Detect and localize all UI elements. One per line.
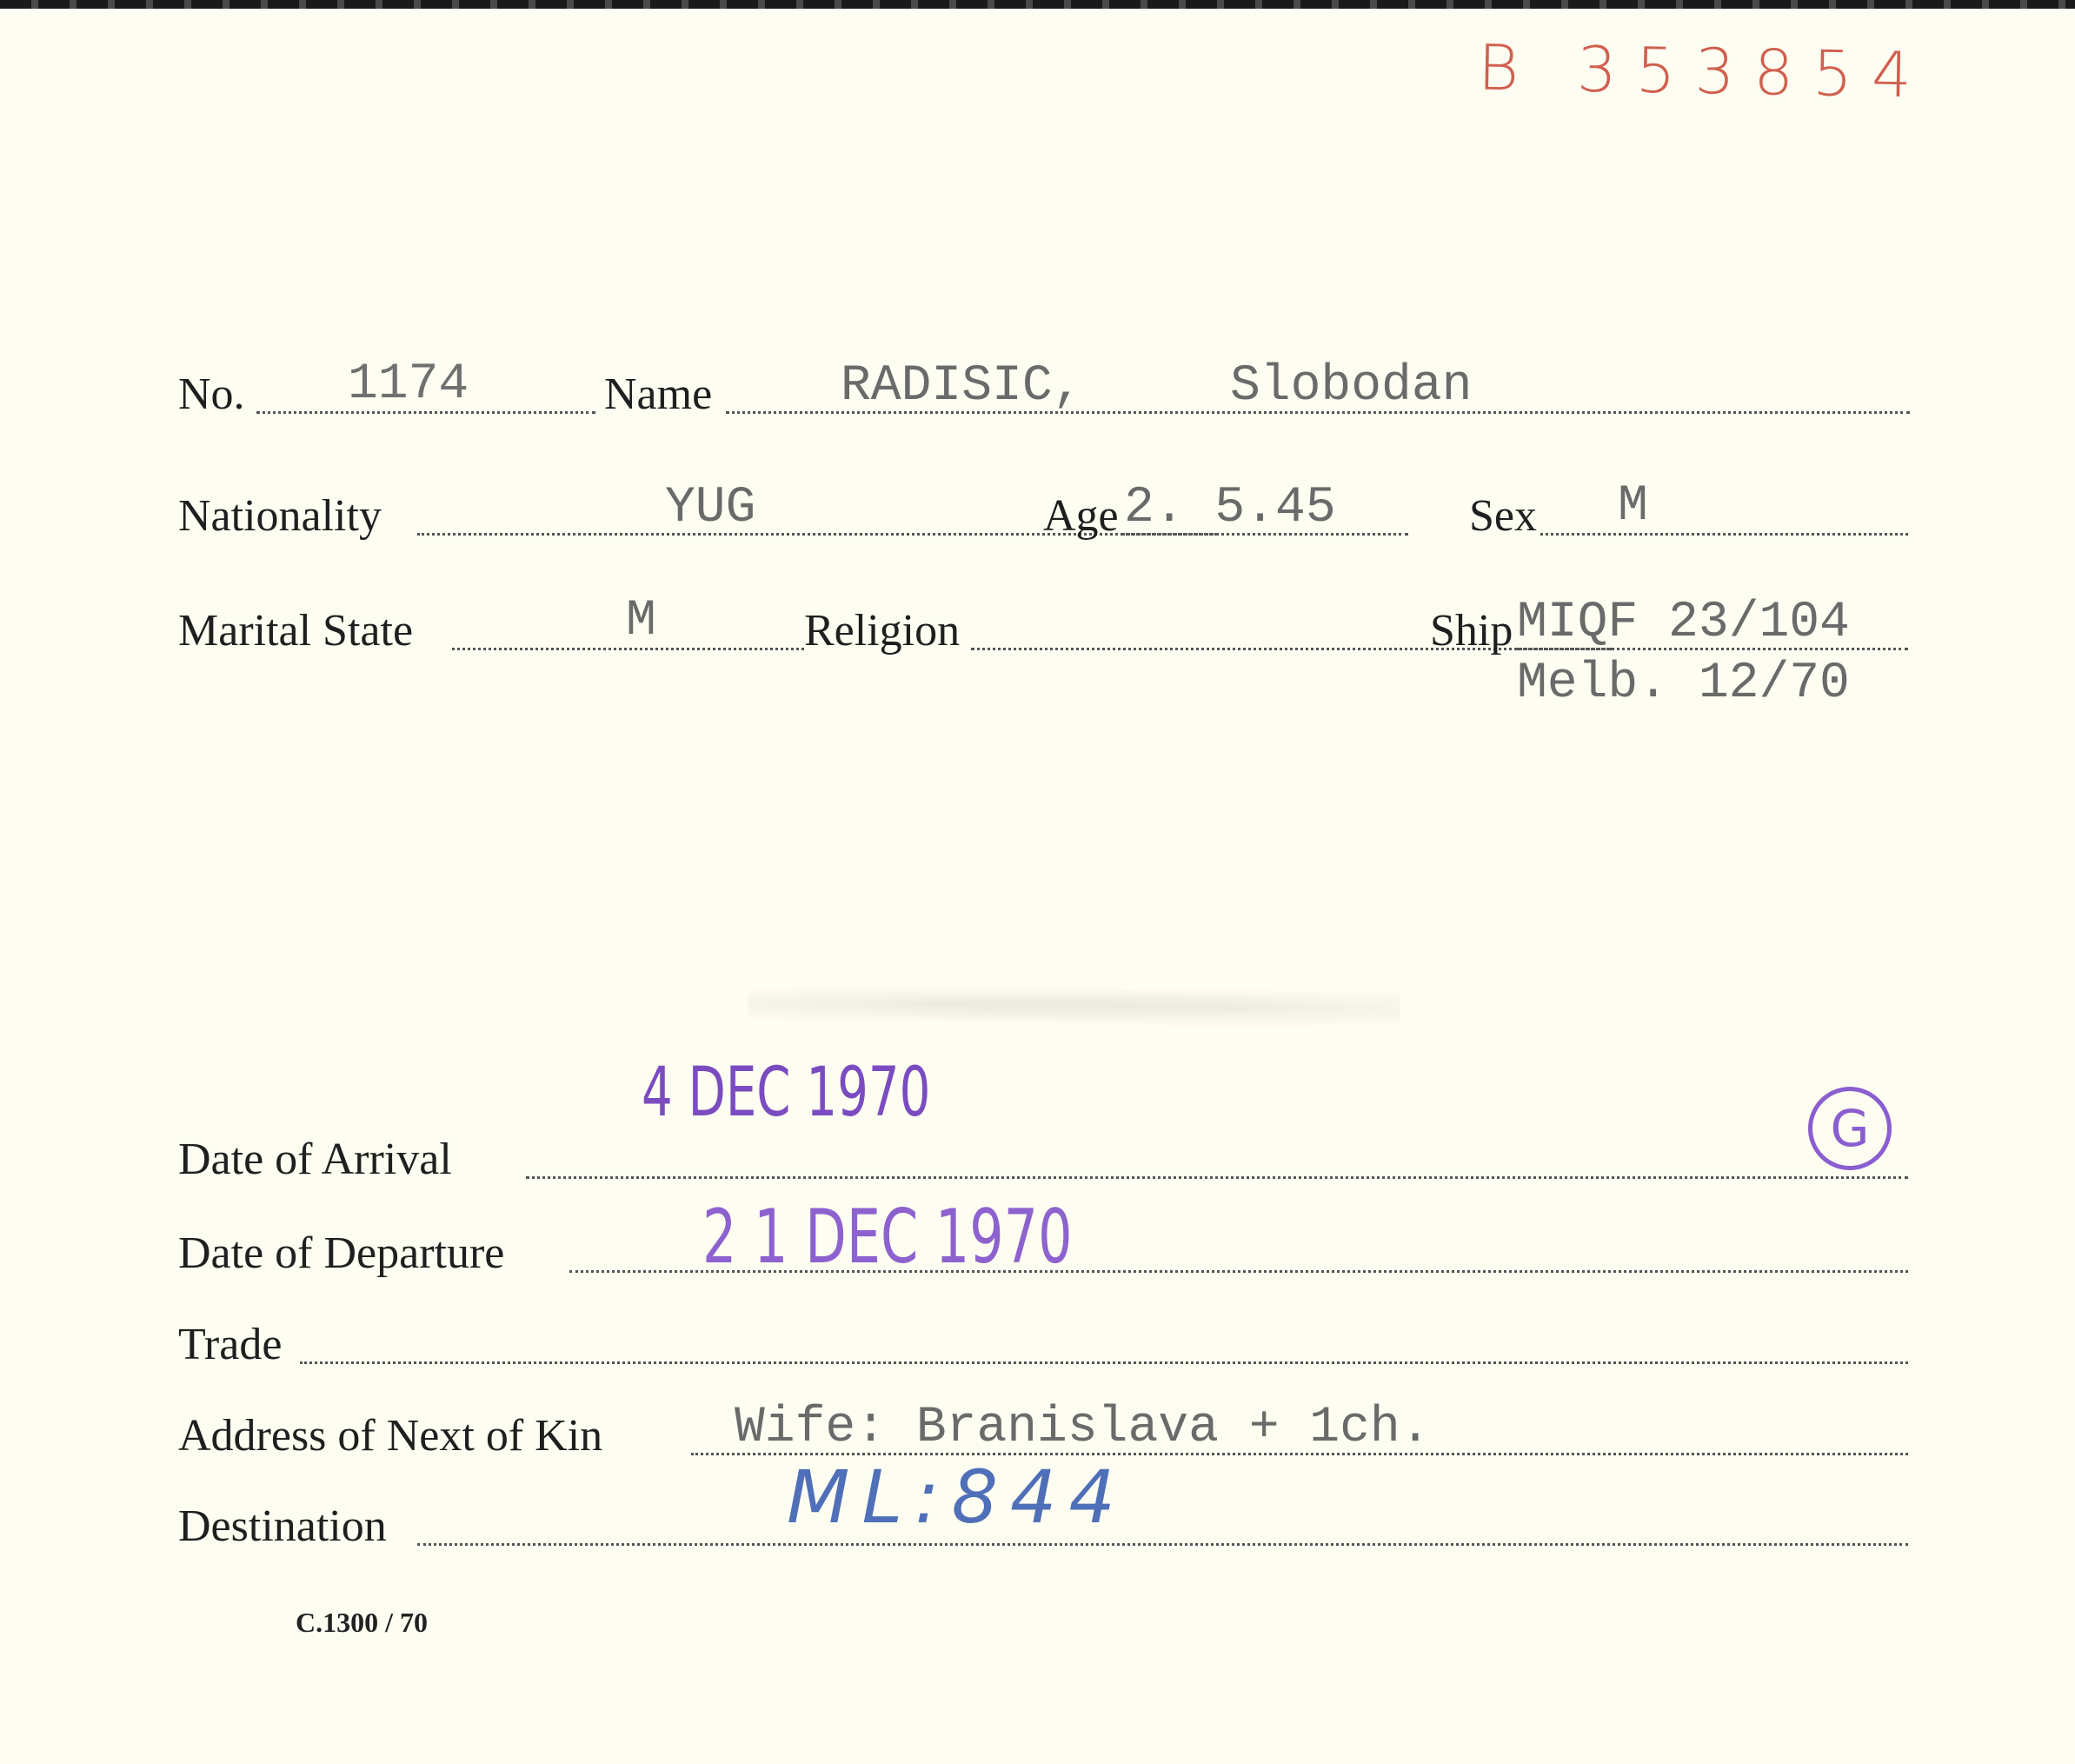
field-line-destination <box>417 1543 1908 1546</box>
field-line-trade <box>300 1361 1908 1364</box>
reference-number: B 353854 <box>1477 30 1931 111</box>
label-nationality: Nationality <box>178 494 382 539</box>
row-marital-religion-ship: Marital State M Religion Ship MIQF 23/10… <box>178 584 1908 654</box>
value-given-name: Slobodan <box>1230 362 1472 412</box>
label-age: Age <box>1043 494 1119 539</box>
label-name: Name <box>604 372 712 417</box>
row-date-of-departure: Date of Departure <box>178 1207 1908 1276</box>
value-no: 1174 <box>348 360 469 410</box>
value-ship-line2: Melb. 12/70 <box>1517 659 1850 709</box>
label-address-next-of-kin: Address of Next of Kin <box>178 1414 602 1459</box>
label-trade: Trade <box>178 1322 282 1368</box>
row-nationality-age-sex: Nationality YUG Age 2. 5.45 Sex M <box>178 469 1908 539</box>
label-no: No. <box>178 372 245 417</box>
row-destination: Destination <box>178 1480 1908 1549</box>
field-line-date-of-arrival <box>526 1176 1908 1179</box>
value-next-of-kin: Wife: Branislava + 1ch. <box>735 1403 1431 1454</box>
perforated-top-edge <box>0 0 2075 9</box>
value-ship-line1: MIQF 23/104 <box>1517 598 1850 649</box>
field-line-sex <box>1540 533 1908 536</box>
faded-erased-text <box>748 982 1400 1026</box>
label-sex: Sex <box>1469 494 1537 539</box>
row-trade: Trade <box>178 1298 1908 1368</box>
field-line-date-of-departure <box>569 1270 1908 1273</box>
value-surname: RADISIC, <box>841 362 1082 412</box>
label-religion: Religion <box>804 609 960 654</box>
label-ship: Ship <box>1430 609 1513 654</box>
value-sex: M <box>1618 482 1648 532</box>
form-code: C.1300 / 70 <box>296 1607 428 1639</box>
row-next-of-kin: Address of Next of Kin Wife: Branislava … <box>178 1389 1908 1459</box>
label-date-of-arrival: Date of Arrival <box>178 1137 452 1182</box>
label-marital-state: Marital State <box>178 609 413 654</box>
value-age: 2. 5.45 <box>1124 483 1336 534</box>
label-date-of-departure: Date of Departure <box>178 1231 504 1276</box>
value-nationality: YUG <box>665 483 755 534</box>
label-destination: Destination <box>178 1504 387 1549</box>
row-date-of-arrival: Date of Arrival <box>178 1113 1908 1182</box>
value-marital-state: M <box>626 596 656 647</box>
row-number-name: No. 1174 Name RADISIC, Slobodan <box>178 348 1908 417</box>
